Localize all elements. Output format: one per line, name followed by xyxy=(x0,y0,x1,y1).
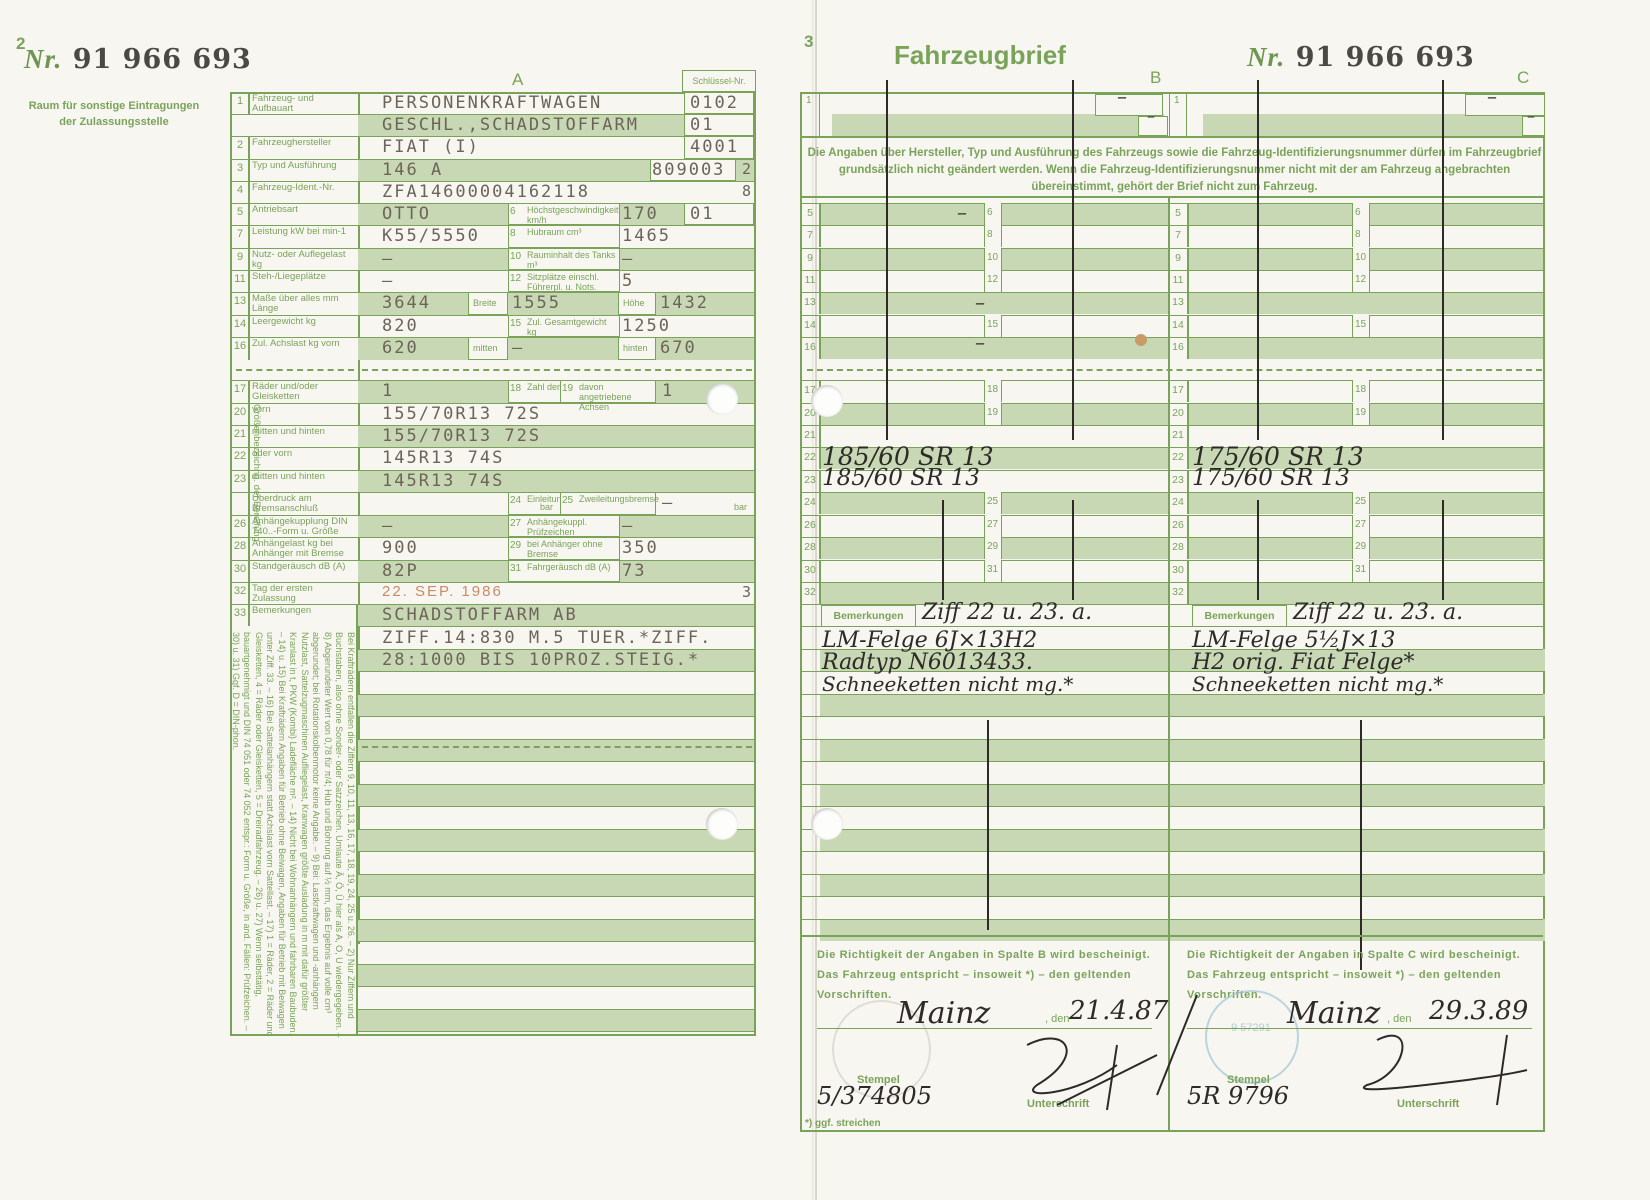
row-shade xyxy=(358,784,754,806)
sub-field-label: Fahrgeräusch dB (A) xyxy=(508,560,620,582)
sub-number: 19 xyxy=(984,403,1002,425)
num-sep xyxy=(248,337,250,360)
num-sep xyxy=(819,425,821,447)
row-divider xyxy=(356,829,756,830)
column-c-remark-1: Ziff 22 u. 23. a. xyxy=(1293,600,1463,625)
column-b-dash: – xyxy=(1147,106,1155,125)
row-label: Standgeräusch dB (A) xyxy=(252,562,352,572)
row-divider xyxy=(356,964,756,965)
row-number: 11 xyxy=(802,274,818,286)
row-shade xyxy=(1170,784,1545,806)
row-label: vorn xyxy=(252,405,352,415)
row-label: Leergewicht kg xyxy=(252,317,352,327)
column-b-dash: – xyxy=(975,330,985,354)
row-label: Bemerkungen xyxy=(252,606,352,616)
sub-number: 31 xyxy=(984,560,1002,582)
row-number: 22 xyxy=(1170,451,1186,463)
sub-number: 8 xyxy=(984,225,1002,247)
signature-c xyxy=(1337,1025,1537,1115)
num-sep xyxy=(1187,560,1189,582)
num-sep xyxy=(819,492,821,514)
sub-field-label-2: Zweileitungsbremse xyxy=(560,492,656,515)
row-shade xyxy=(820,292,1170,314)
row-value: FIAT (I) xyxy=(382,137,480,157)
bemerkungen-label-b: Bemerkungen xyxy=(821,605,916,627)
row-label: Fahrzeughersteller xyxy=(252,138,352,148)
num-sep xyxy=(1187,248,1189,270)
row-shade xyxy=(358,739,754,761)
stain xyxy=(1135,334,1147,346)
row-divider xyxy=(356,626,756,627)
row-divider xyxy=(356,1009,756,1010)
row-label: Antriebsart xyxy=(252,205,352,215)
num-sep xyxy=(248,270,250,292)
row-value: 820 xyxy=(382,316,419,336)
sub-field-number-2: 19 xyxy=(562,383,573,394)
sub-field-value: – xyxy=(622,249,634,269)
sub-field-label-2: Höhe xyxy=(618,292,656,315)
row-number: 7 xyxy=(232,228,248,240)
row-shade xyxy=(820,874,1168,896)
row-divider xyxy=(802,851,1543,852)
column-c-dash: – xyxy=(1487,84,1497,108)
row-number: 32 xyxy=(802,586,818,598)
sub-field-label: Hubraum cm³ xyxy=(508,225,620,248)
num-sep xyxy=(248,203,250,225)
right-page: 3 Fahrzeugbrief Nr. 91 966 693 B C 1 1 D… xyxy=(815,0,1650,1200)
column-c-tire-23: 175/60 SR 13 xyxy=(1192,465,1350,491)
num-sep xyxy=(1187,403,1189,425)
row-number: 4 xyxy=(232,184,248,196)
sub-number: 10 xyxy=(1352,248,1370,270)
num-sep xyxy=(1187,337,1189,359)
punch-hole xyxy=(706,808,738,840)
row-label: mitten und hinten xyxy=(252,472,352,482)
footnote-box: Bei Krafträdern entfallen die Ziffern 9,… xyxy=(232,628,356,1038)
place-b: Mainz xyxy=(897,996,990,1031)
row-shade xyxy=(358,964,754,986)
registration-office-note: Raum für sonstige Eintragungen der Zulas… xyxy=(14,98,214,130)
sub-field-value: – xyxy=(622,516,634,536)
row-label: Überdruck am Bremsanschluß xyxy=(252,494,352,514)
num-sep xyxy=(1187,515,1189,537)
row-value: 146 A xyxy=(382,160,443,180)
sub-field-label: Zul. Gesamtgewicht kg xyxy=(508,315,620,337)
unit: bar xyxy=(540,502,553,512)
row-label: Nutz- oder Auflegelast kg xyxy=(252,250,352,270)
sub-field-number: 15 xyxy=(510,318,521,329)
stamp-number-b: 5/374805 xyxy=(817,1082,932,1110)
sub-field-value-2: 1 xyxy=(662,381,674,401)
row-shade xyxy=(820,784,1168,806)
sub-number: 12 xyxy=(1352,270,1370,292)
tire-group-label: Größenbezeichng. der Bereifung xyxy=(250,404,262,542)
sub-field-value: 350 xyxy=(622,538,659,558)
row-number: 28 xyxy=(1170,541,1186,553)
row-divider xyxy=(356,671,756,672)
num-sep xyxy=(248,315,250,337)
num-sep xyxy=(248,136,250,159)
key-value: 0102 xyxy=(690,93,739,113)
num-sep xyxy=(1187,380,1189,402)
footnote-text: Bei Krafträdern entfallen die Ziffern 9,… xyxy=(232,632,356,1038)
sub-field-value: 5 xyxy=(622,271,634,291)
column-b-remark-1: Ziff 22 u. 23. a. xyxy=(922,600,1092,625)
num-sep xyxy=(819,315,821,337)
row-value: – xyxy=(382,271,394,291)
stamp-number-c: 5R 9796 xyxy=(1187,1082,1289,1110)
row-shade xyxy=(358,694,754,716)
num-sep xyxy=(819,248,821,270)
row-number: 13 xyxy=(1170,296,1186,308)
row-divider xyxy=(356,851,756,852)
column-c-remark-4: Schneeketten nicht mg.* xyxy=(1192,672,1443,696)
sub-field-label: bei Anhänger ohne Bremse xyxy=(508,537,620,560)
sub-field-number: 10 xyxy=(510,251,521,262)
row-value: 3644 xyxy=(382,293,431,313)
row-value: OTTO xyxy=(382,204,431,224)
num-sep xyxy=(819,537,821,559)
sub-field-value-2: – xyxy=(662,493,674,513)
sub-field-label: Sitzplätze einschl. Führerpl. u. Nots. xyxy=(508,270,620,292)
num-sep xyxy=(248,380,250,403)
row-divider xyxy=(1170,337,1545,338)
column-b-dash: – xyxy=(957,200,967,224)
row-divider xyxy=(800,196,1545,198)
row-value: 620 xyxy=(382,338,419,358)
footnote-right: *) ggf. streichen xyxy=(805,1118,881,1129)
row-number: 11 xyxy=(1170,274,1186,286)
sub-field-value: 73 xyxy=(622,561,646,581)
sub-field-number: 8 xyxy=(510,228,516,239)
stamp-seal-c: 9 57291 xyxy=(1205,990,1299,1084)
row-number: 22 xyxy=(802,451,818,463)
row-label: Fahrzeug-Ident.-Nr. xyxy=(252,183,352,193)
row-number: 23 xyxy=(232,473,248,485)
sub-number: 10 xyxy=(984,248,1002,270)
row-number: 5 xyxy=(232,206,248,218)
row-divider xyxy=(802,829,1543,830)
sub-number: 25 xyxy=(984,492,1002,514)
sub-field-label: Rauminhalt des Tanks m³ xyxy=(508,248,620,270)
row-number: 26 xyxy=(802,519,818,531)
bemerkungen-label-c: Bemerkungen xyxy=(1192,605,1287,627)
num-sep xyxy=(1187,470,1189,492)
sub-field-label: mitten xyxy=(468,337,508,360)
row-divider xyxy=(356,716,756,717)
sub-number: 15 xyxy=(1352,315,1370,337)
sub-field-value: – xyxy=(512,338,524,358)
row-divider xyxy=(356,784,756,785)
num-sep xyxy=(248,560,250,582)
row-number: 21 xyxy=(1170,429,1186,441)
row-label: Steh-/Liegeplätze xyxy=(252,272,352,282)
row-divider xyxy=(802,425,1168,426)
punch-hole xyxy=(706,383,738,415)
row-label: Typ und Ausführung xyxy=(252,161,352,171)
signature-b xyxy=(997,1025,1167,1115)
row-label: Anhängekupplung DIN 740..-Form u. Größe xyxy=(252,517,352,537)
column-b-remark-4: Schneeketten nicht mg.* xyxy=(822,672,1073,696)
row-number: 17 xyxy=(232,383,248,395)
row-divider xyxy=(356,694,756,695)
row-label: Maße über alles mm Länge xyxy=(252,294,352,314)
row-divider xyxy=(802,806,1543,807)
row-number: 22 xyxy=(232,450,248,462)
row-divider xyxy=(356,941,756,942)
column-b-tire-23: 185/60 SR 13 xyxy=(822,465,980,491)
column-b-dash: – xyxy=(1117,84,1127,108)
row-value: 145R13 74S xyxy=(382,471,504,491)
document-number-right: Nr. 91 966 693 xyxy=(1247,42,1475,73)
sub-number: 27 xyxy=(984,515,1002,537)
row-label: Leistung kW bei min-1 xyxy=(252,227,352,237)
row-divider xyxy=(802,292,1168,293)
date-c: 29.3.89 xyxy=(1429,996,1528,1026)
sub-field-value-2: 1432 xyxy=(660,293,709,313)
row-number: 24 xyxy=(802,496,818,508)
row-label: Tag der ersten Zulassung xyxy=(252,584,352,604)
row-divider xyxy=(802,582,1168,583)
row-value: ZFA14600004162118 xyxy=(382,182,590,202)
key-suffix: 2 xyxy=(742,160,753,178)
row-shade xyxy=(1170,694,1545,716)
row-number: 21 xyxy=(802,429,818,441)
sub-field-label-2: davon angetriebene Achsen xyxy=(560,380,656,403)
row-number: 5 xyxy=(802,207,818,219)
column-b-dash: – xyxy=(975,290,985,314)
row-number: 14 xyxy=(1170,319,1186,331)
row-label: Zul. Achslast kg vorn xyxy=(252,339,352,349)
sub-number: 29 xyxy=(1352,537,1370,559)
num-sep xyxy=(248,181,250,203)
key-suffix: 3 xyxy=(742,583,753,601)
row-divider xyxy=(356,986,756,987)
row-number: 30 xyxy=(232,563,248,575)
row-number: 32 xyxy=(1170,586,1186,598)
key-value: 809003 xyxy=(652,160,725,180)
sub-number: 29 xyxy=(984,537,1002,559)
num-sep xyxy=(1187,315,1189,337)
row-number: 30 xyxy=(802,564,818,576)
sub-number: 6 xyxy=(1352,203,1370,225)
num-sep xyxy=(248,225,250,248)
column-c-dash: – xyxy=(1527,106,1535,125)
sub-field-label: Anhängekuppl. Prüfzeichen xyxy=(508,515,620,537)
num-sep xyxy=(1187,492,1189,514)
row-number: 26 xyxy=(1170,519,1186,531)
row-value: SCHADSTOFFARM AB xyxy=(382,605,578,625)
key-suffix: 8 xyxy=(742,182,753,200)
row-shade xyxy=(358,1009,754,1031)
column-b-header: B xyxy=(1150,68,1161,88)
row-divider xyxy=(356,1031,756,1032)
sub-number: 31 xyxy=(1352,560,1370,582)
left-page: 2 Nr. 91 966 693 Raum für sonstige Eintr… xyxy=(0,0,815,1200)
row-divider xyxy=(230,203,756,204)
sub-number: 8 xyxy=(1352,225,1370,247)
num-sep xyxy=(819,225,821,247)
row-shade xyxy=(820,694,1168,716)
row-shade xyxy=(1170,874,1545,896)
num-sep xyxy=(1187,292,1189,314)
num-sep xyxy=(248,92,250,114)
row-label: oder vorn xyxy=(252,449,352,459)
num-sep xyxy=(819,470,821,492)
row-shade xyxy=(1170,919,1545,941)
column-c-header: C xyxy=(1517,68,1529,88)
document-number-left: Nr. 91 966 693 xyxy=(24,44,252,75)
row-shade xyxy=(358,919,754,941)
row-value: GESCHL.,SCHADSTOFFARM xyxy=(382,115,639,135)
row-shade xyxy=(1188,292,1543,314)
sub-field-label: Breite xyxy=(468,292,508,315)
row-value: 82P xyxy=(382,561,419,581)
sub-number: 18 xyxy=(984,380,1002,402)
row-value: PERSONENKRAFTWAGEN xyxy=(382,93,602,113)
row-number: 14 xyxy=(232,318,248,330)
num-sep xyxy=(819,270,821,292)
row-divider xyxy=(356,739,756,740)
row-number: 33 xyxy=(232,607,248,619)
row-value: – xyxy=(382,516,394,536)
row-divider xyxy=(356,874,756,875)
sub-number: 27 xyxy=(1352,515,1370,537)
sub-field-number-2: 25 xyxy=(562,495,573,506)
row-value: 1 xyxy=(382,381,394,401)
row-number: 16 xyxy=(802,341,818,353)
row-value: 155/70R13 72S xyxy=(382,404,541,424)
row-number: 16 xyxy=(1170,341,1186,353)
row-number: 2 xyxy=(232,139,248,151)
sub-number: 6 xyxy=(984,203,1002,225)
num-sep xyxy=(248,582,250,604)
row-shade xyxy=(1170,829,1545,851)
row-divider xyxy=(356,919,756,920)
row-number: 11 xyxy=(232,273,248,285)
punch-hole xyxy=(811,385,843,417)
row-number: 28 xyxy=(232,540,248,552)
row-number: 20 xyxy=(1170,407,1186,419)
sub-field-number: 6 xyxy=(510,206,516,217)
row-label: mitten und hinten xyxy=(252,427,352,437)
sub-field-number: 31 xyxy=(510,563,521,574)
row-divider xyxy=(802,716,1543,717)
row-value: – xyxy=(382,249,394,269)
num-sep xyxy=(248,159,250,181)
row-number: 5 xyxy=(1170,207,1186,219)
row-number: 23 xyxy=(802,474,818,486)
row-label: Räder und/oder Gleisketten xyxy=(252,382,352,402)
num-sep xyxy=(1187,425,1189,447)
row-divider xyxy=(802,919,1543,920)
remarks-line-1: ZIFF.14:830 M.5 TUER.*ZIFF. xyxy=(382,628,712,648)
row-divider xyxy=(802,761,1543,762)
row-number: 20 xyxy=(232,406,248,418)
key-number-header: Schlüssel-Nr. xyxy=(682,70,756,92)
vin-notice: Die Angaben über Hersteller, Typ und Aus… xyxy=(807,145,1542,196)
num-sep xyxy=(248,292,250,315)
row-number: 3 xyxy=(232,162,248,174)
num-sep xyxy=(1187,203,1189,225)
row-divider xyxy=(802,739,1543,740)
num-sep xyxy=(819,337,821,359)
sub-number: 19 xyxy=(1352,403,1370,425)
sub-field-number: 24 xyxy=(510,495,521,506)
sub-field-value: 1465 xyxy=(622,226,671,246)
row-shade xyxy=(1170,739,1545,761)
cross-stroke xyxy=(1152,990,1202,1100)
row-shade xyxy=(820,919,1168,941)
row-divider xyxy=(356,806,756,807)
num-sep xyxy=(819,203,821,225)
row-value: 22. SEP. 1986 xyxy=(382,583,503,600)
sub-field-value-2: 670 xyxy=(660,338,697,358)
row-value: K55/5550 xyxy=(382,226,480,246)
row-number: 1 xyxy=(232,95,248,107)
row-number: 30 xyxy=(1170,564,1186,576)
row-number: 13 xyxy=(802,296,818,308)
row-number: 17 xyxy=(1170,384,1186,396)
row-number: 16 xyxy=(232,340,248,352)
sub-field-label-2: hinten xyxy=(618,337,656,360)
sub-field-number: 27 xyxy=(510,518,521,529)
row-value: 145R13 74S xyxy=(382,448,504,468)
row-shade xyxy=(820,829,1168,851)
num-sep xyxy=(1187,270,1189,292)
num-sep xyxy=(819,515,821,537)
sub-field-number: 12 xyxy=(510,273,521,284)
num-sep xyxy=(248,604,250,626)
row-divider xyxy=(1170,292,1545,293)
row-shade xyxy=(820,337,1170,359)
row-shade xyxy=(358,874,754,896)
sub-number: 25 xyxy=(1352,492,1370,514)
num-sep xyxy=(819,292,821,314)
row-number: 7 xyxy=(802,229,818,241)
sub-field-value: 170 xyxy=(622,204,659,224)
row-value: 900 xyxy=(382,538,419,558)
num-sep xyxy=(1187,447,1189,469)
sub-field-number: 29 xyxy=(510,540,521,551)
num-sep xyxy=(1187,225,1189,247)
row-value: 155/70R13 72S xyxy=(382,426,541,446)
row-divider xyxy=(802,337,1168,338)
key-value: 01 xyxy=(690,115,714,135)
unit: bar xyxy=(734,502,747,512)
key-value: 01 xyxy=(690,204,714,224)
row-divider xyxy=(1170,425,1545,426)
row-number: 13 xyxy=(232,295,248,307)
row-number: 9 xyxy=(802,252,818,264)
key-value: 4001 xyxy=(690,137,739,157)
sub-number: 18 xyxy=(1352,380,1370,402)
sub-field-label: Höchstgeschwindigkeit km/h xyxy=(508,203,620,225)
row-number: 24 xyxy=(1170,496,1186,508)
sub-number: 15 xyxy=(984,315,1002,337)
row-number: 9 xyxy=(1170,252,1186,264)
num-sep xyxy=(819,582,821,604)
row-number: 28 xyxy=(802,541,818,553)
row-label: Anhängelast kg bei Anhänger mit Bremse xyxy=(252,539,352,559)
row-divider xyxy=(802,896,1543,897)
num-sep xyxy=(819,447,821,469)
col-sep xyxy=(356,604,358,1036)
date-prefix-b: , den xyxy=(1045,1013,1069,1025)
num-sep xyxy=(819,560,821,582)
document-title: Fahrzeugbrief xyxy=(894,40,1066,71)
row-divider xyxy=(1170,582,1545,583)
